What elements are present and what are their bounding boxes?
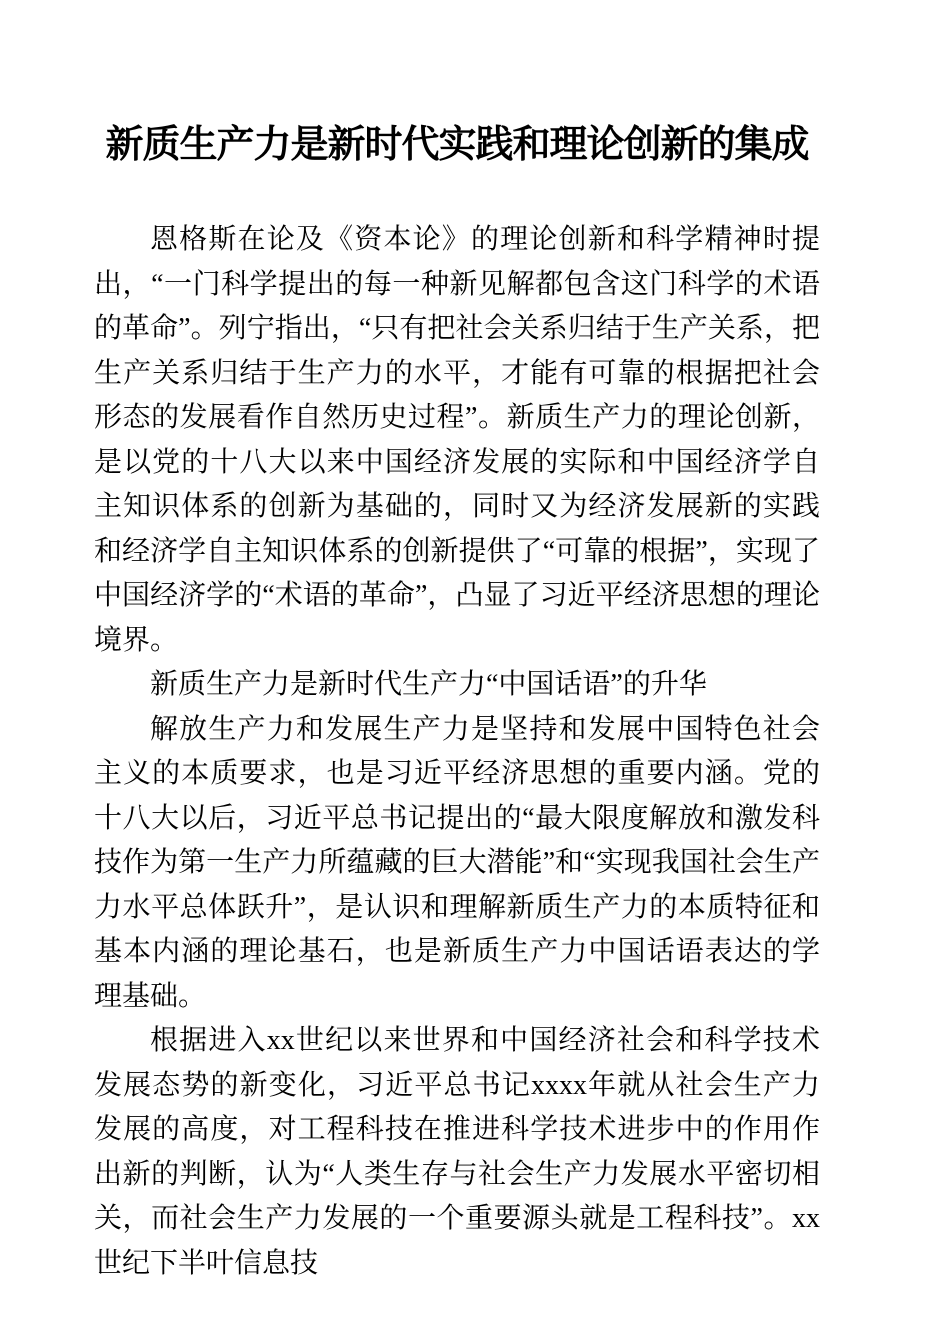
document-body: 恩格斯在论及《资本论》的理论创新和科学精神时提出，“一门科学提出的每一种新见解都… bbox=[94, 218, 820, 1286]
paragraph-intro: 恩格斯在论及《资本论》的理论创新和科学精神时提出，“一门科学提出的每一种新见解都… bbox=[94, 218, 820, 663]
paragraph-body-3: 根据进入xx世纪以来世界和中国经济社会和科学技术发展态势的新变化，习近平总书记x… bbox=[94, 1019, 820, 1286]
paragraph-body-2: 解放生产力和发展生产力是坚持和发展中国特色社会主义的本质要求，也是习近平经济思想… bbox=[94, 708, 820, 1020]
paragraph-subheading: 新质生产力是新时代生产力“中国话语”的升华 bbox=[94, 663, 820, 708]
document-title: 新质生产力是新时代实践和理论创新的集成 bbox=[94, 118, 820, 172]
document-page: 新质生产力是新时代实践和理论创新的集成 恩格斯在论及《资本论》的理论创新和科学精… bbox=[0, 0, 950, 1344]
